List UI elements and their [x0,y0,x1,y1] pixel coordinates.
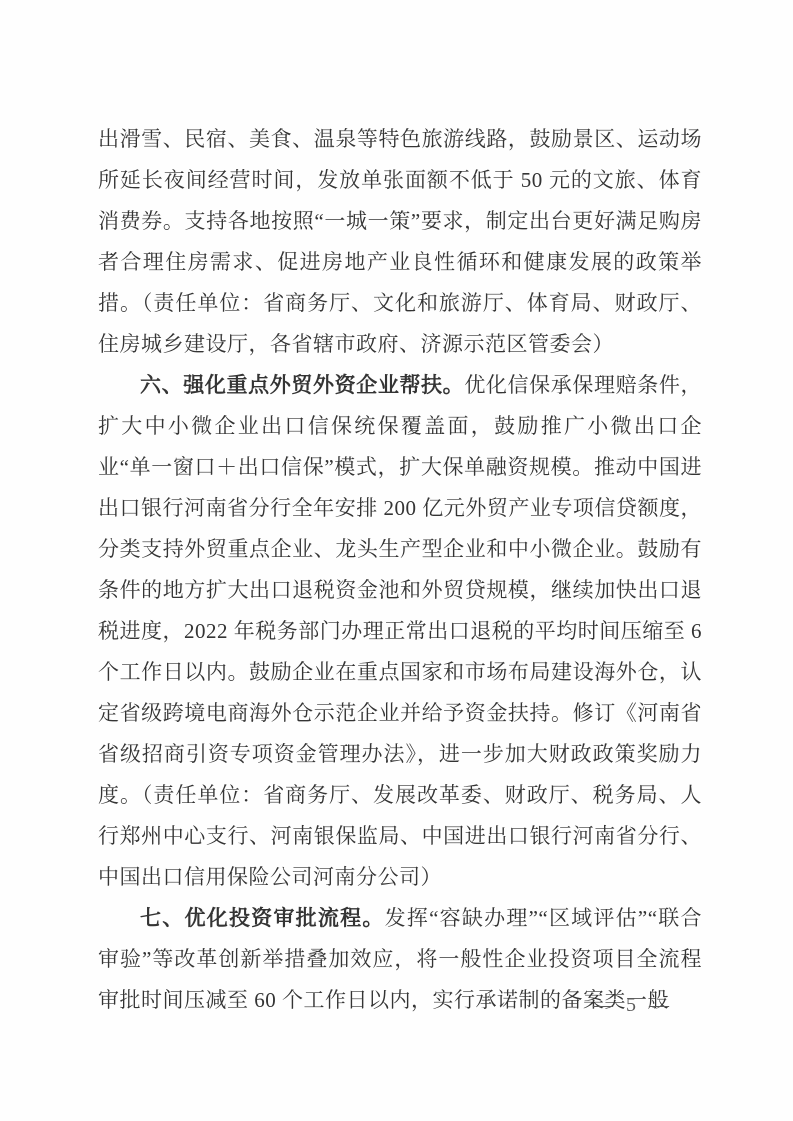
section-6-heading: 六、强化重点外贸外资企业帮扶。 [140,374,464,397]
paragraph-text: 出滑雪、民宿、美食、温泉等特色旅游线路，鼓励景区、运动场所延长夜间经营时间，发放… [98,127,702,356]
page-number: — 5 — [558,992,708,1018]
paragraph-text: 优化信保承保理赔条件，扩大中小微企业出口信保统保覆盖面，鼓励推广小微出口企业“单… [98,373,702,889]
paragraph-section-6: 六、强化重点外贸外资企业帮扶。优化信保承保理赔条件，扩大中小微企业出口信保统保覆… [98,365,702,898]
paragraph-continuation: 出滑雪、民宿、美食、温泉等特色旅游线路，鼓励景区、运动场所延长夜间经营时间，发放… [98,119,702,365]
document-page: 出滑雪、民宿、美食、温泉等特色旅游线路，鼓励景区、运动场所延长夜间经营时间，发放… [0,0,793,1121]
section-7-heading: 七、优化投资审批流程。 [140,907,385,930]
document-body: 出滑雪、民宿、美食、温泉等特色旅游线路，鼓励景区、运动场所延长夜间经营时间，发放… [98,119,702,1021]
